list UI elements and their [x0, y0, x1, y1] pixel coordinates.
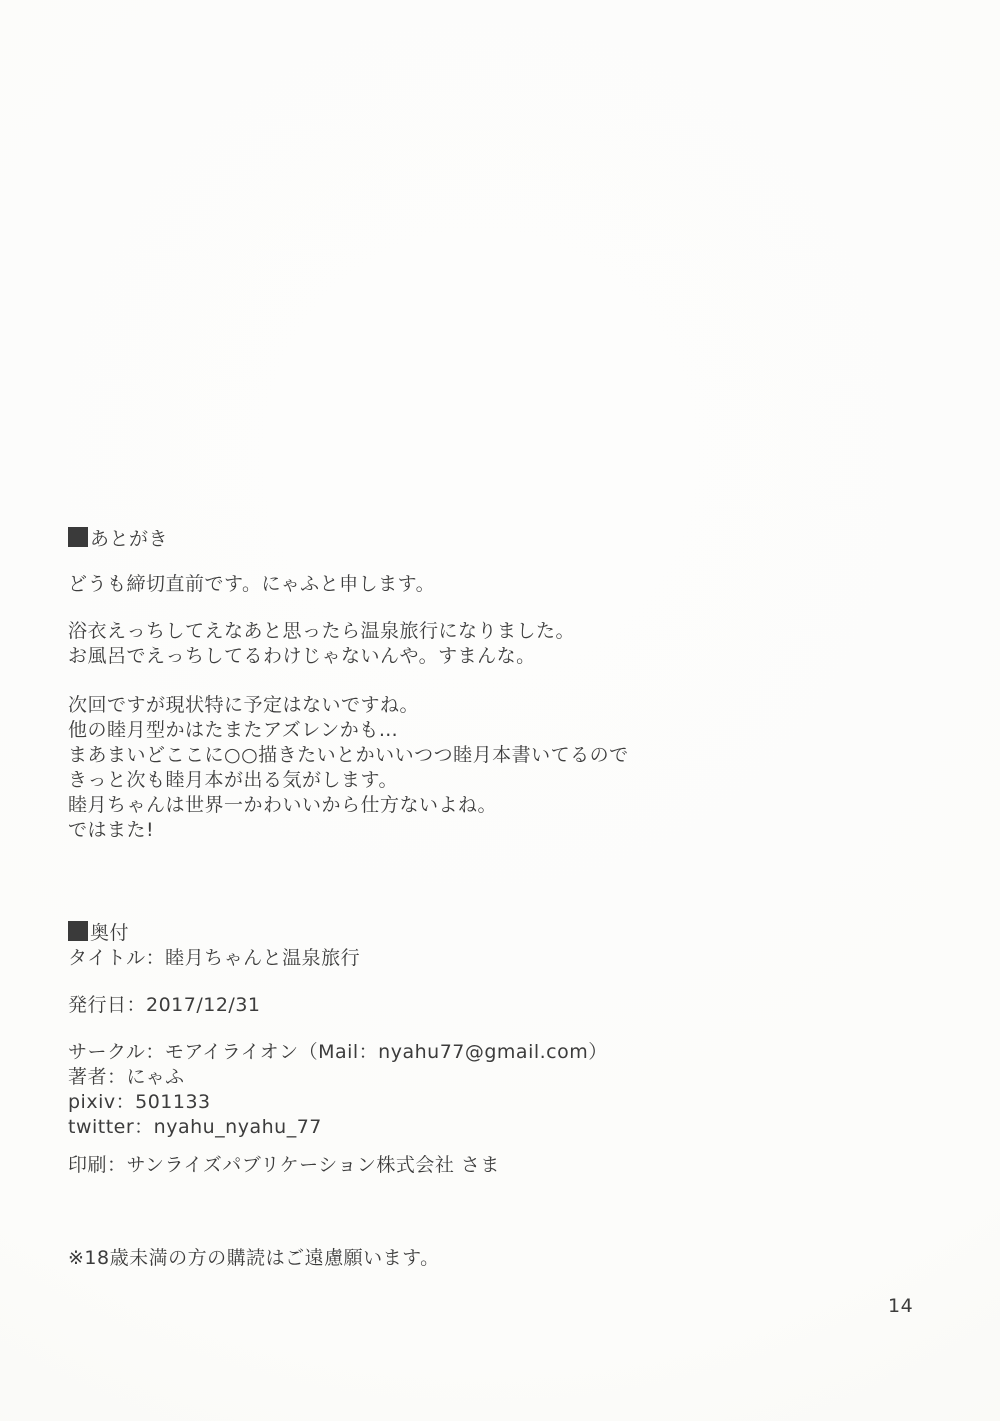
- colophon-print-line: 印刷：サンライズパブリケーション株式会社 さま: [68, 1153, 608, 1178]
- colophon-date-line: 発行日：2017/12/31: [68, 993, 608, 1018]
- scanned-page: あとがき どうも締切直前です。にゃふと申します。 浴衣えっちしてえなあと思ったら…: [0, 0, 1000, 1421]
- colophon-heading-text: 奥付: [90, 922, 129, 944]
- afterword-paragraph: どうも締切直前です。にゃふと申します。: [68, 572, 629, 597]
- colophon-author-line: 著者：にゃふ: [68, 1065, 608, 1090]
- colophon-pixiv-line: pixiv：501133: [68, 1090, 608, 1115]
- colophon-title-line: タイトル：睦月ちゃんと温泉旅行: [68, 946, 608, 971]
- afterword-paragraph: 浴衣えっちしてえなあと思ったら温泉旅行になりました。 お風呂でえっちしてるわけじ…: [68, 619, 629, 669]
- text-line: お風呂でえっちしてるわけじゃないんや。すまんな。: [68, 644, 629, 669]
- text-line: 次回ですが現状特に予定はないですね。: [68, 693, 629, 718]
- colophon-twitter-line: twitter：nyahu_nyahu_77: [68, 1115, 608, 1140]
- afterword-section: あとがき どうも締切直前です。にゃふと申します。 浴衣えっちしてえなあと思ったら…: [68, 527, 629, 843]
- age-restriction-notice: ※18歳未満の方の購読はご遠慮願います。: [68, 1246, 440, 1271]
- colophon-heading: 奥付: [68, 921, 608, 946]
- section-marker-square-icon: [68, 921, 88, 941]
- text-line: きっと次も睦月本が出る気がします。: [68, 768, 629, 793]
- text-line: ではまた!: [68, 818, 629, 843]
- afterword-paragraph: 次回ですが現状特に予定はないですね。 他の睦月型かはたまたアズレンかも… まあま…: [68, 693, 629, 843]
- text-line: 睦月ちゃんは世界一かわいいから仕方ないよね。: [68, 793, 629, 818]
- text-line: 他の睦月型かはたまたアズレンかも…: [68, 718, 629, 743]
- colophon-circle-line: サークル：モアイライオン（Mail：nyahu77@gmail.com）: [68, 1040, 608, 1065]
- section-marker-square-icon: [68, 527, 88, 547]
- afterword-heading-text: あとがき: [90, 528, 168, 550]
- page-number: 14: [888, 1294, 913, 1319]
- text-line: まあまいどここに○○描きたいとかいいつつ睦月本書いてるので: [68, 743, 629, 768]
- text-line: 浴衣えっちしてえなあと思ったら温泉旅行になりました。: [68, 619, 629, 644]
- text-line: どうも締切直前です。にゃふと申します。: [68, 572, 629, 597]
- afterword-heading: あとがき: [68, 527, 629, 552]
- colophon-section: 奥付 タイトル：睦月ちゃんと温泉旅行 発行日：2017/12/31 サークル：モ…: [68, 921, 608, 1178]
